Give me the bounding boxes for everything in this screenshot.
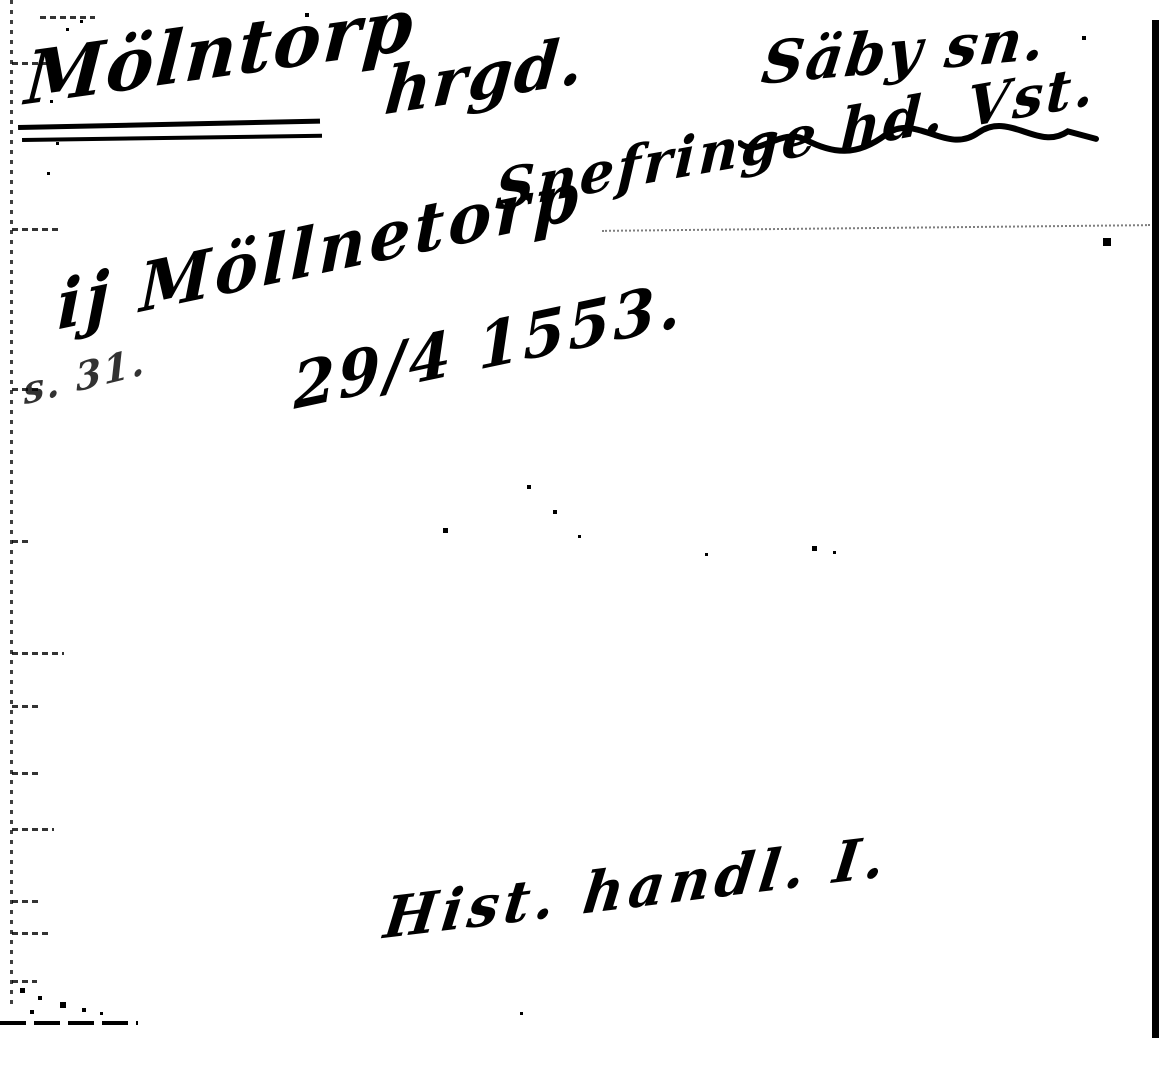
scan-edge-left <box>10 0 13 1008</box>
scanned-document-page: Mölntorp hrgd. Säby sn. Snefringe hd. Vs… <box>0 0 1162 1076</box>
scan-tick <box>12 980 37 983</box>
scan-speck <box>578 535 581 538</box>
scan-speck <box>80 20 83 23</box>
scan-speck <box>305 13 309 17</box>
scan-speck <box>47 172 50 175</box>
scan-speck <box>520 1012 523 1015</box>
scan-tick <box>12 62 50 65</box>
scan-speck <box>553 510 557 514</box>
scan-speck <box>100 1012 103 1015</box>
scan-tick <box>12 772 42 775</box>
place-name-underline-1 <box>18 119 320 130</box>
scan-tick <box>12 652 64 655</box>
scan-speck <box>30 1010 34 1014</box>
scan-speck <box>66 28 69 31</box>
scan-tick <box>12 900 42 903</box>
scan-speck <box>56 142 59 145</box>
scan-speck <box>38 996 42 1000</box>
margin-page-note: s. 31. <box>22 342 147 411</box>
scan-speck <box>1082 36 1086 40</box>
scan-speck <box>833 551 836 554</box>
scan-tick <box>12 828 54 831</box>
scan-speck <box>1103 238 1111 246</box>
scan-dotted-line-artifact <box>602 224 1150 232</box>
scan-tick <box>12 705 40 708</box>
scan-speck <box>20 988 25 993</box>
scan-speck <box>82 1008 86 1012</box>
source-citation: Hist. handl. I. <box>381 828 893 947</box>
scan-tick <box>12 388 42 391</box>
scan-edge-right <box>1152 20 1159 1038</box>
scan-speck <box>812 546 817 551</box>
scan-tick <box>12 228 60 231</box>
scan-tick <box>40 16 95 19</box>
scan-speck <box>60 1002 66 1008</box>
scan-tick <box>12 932 48 935</box>
scan-speck <box>50 100 53 103</box>
scan-speck <box>705 553 708 556</box>
scan-speck <box>527 485 531 489</box>
scan-tick <box>12 540 30 543</box>
date-line: 29/4 1553. <box>292 273 683 419</box>
place-name-underline-2 <box>22 134 322 142</box>
scan-speck <box>443 528 448 533</box>
scan-edge-bottom-dash <box>0 1021 138 1025</box>
